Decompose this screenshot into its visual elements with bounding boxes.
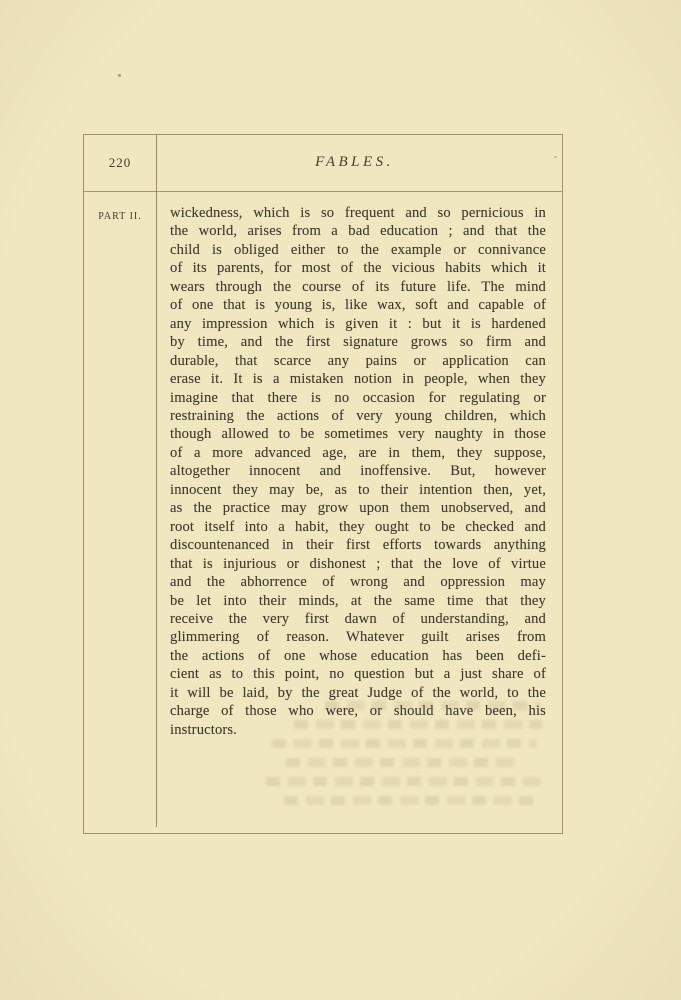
show-through-text-line bbox=[284, 796, 538, 805]
text-line: of its parents, for most of the vicious … bbox=[170, 259, 546, 277]
page-number: 220 bbox=[84, 155, 156, 171]
text-line: of a more advanced age, are in them, the… bbox=[170, 444, 546, 462]
text-line: imagine that there is no occasion for re… bbox=[170, 389, 546, 407]
running-title: FABLES. bbox=[152, 154, 557, 171]
text-line: the world, arises from a bad education ;… bbox=[170, 222, 546, 240]
text-line: child is obliged either to the example o… bbox=[170, 241, 546, 259]
book-page: 220 FABLES. PART II. wickedness, which i… bbox=[0, 0, 681, 1000]
text-line: by time, and the first signature grows s… bbox=[170, 333, 546, 351]
text-line: be let into their minds, at the same tim… bbox=[170, 592, 546, 610]
body-text: wickedness, which is so frequent and so … bbox=[170, 204, 546, 739]
text-line: erase it. It is a mistaken notion in peo… bbox=[170, 370, 546, 388]
text-line: any impression which is given it : but i… bbox=[170, 315, 546, 333]
text-line: innocent they may be, as to their intent… bbox=[170, 481, 546, 499]
text-line: and the abhorrence of wrong and oppressi… bbox=[170, 573, 546, 591]
margin-divider-rule bbox=[156, 135, 157, 827]
text-line: restraining the actions of very young ch… bbox=[170, 407, 546, 425]
show-through-text-line bbox=[286, 758, 518, 767]
text-line: as the practice may grow upon them unobs… bbox=[170, 499, 546, 517]
show-through-text-line bbox=[272, 739, 536, 748]
text-line: the actions of one whose education has b… bbox=[170, 647, 546, 665]
text-line: wears through the course of its future l… bbox=[170, 278, 546, 296]
text-line: root itself into a habit, they ought to … bbox=[170, 518, 546, 536]
text-line: discountenanced in their first efforts t… bbox=[170, 536, 546, 554]
paper-speck bbox=[118, 74, 121, 77]
text-block-frame: 220 FABLES. PART II. wickedness, which i… bbox=[83, 134, 563, 834]
text-line: altogether innocent and inoffensive. But… bbox=[170, 462, 546, 480]
text-line: glimmering of reason. Whatever guilt ari… bbox=[170, 628, 546, 646]
text-line: cient as to this point, no question but … bbox=[170, 665, 546, 683]
part-label: PART II. bbox=[84, 211, 156, 222]
text-line: it will be laid, by the great Judge of t… bbox=[170, 684, 546, 702]
text-line: receive the very first dawn of understan… bbox=[170, 610, 546, 628]
text-line: wickedness, which is so frequent and so … bbox=[170, 204, 546, 222]
text-line: that is injurious or dishonest ; that th… bbox=[170, 555, 546, 573]
show-through-text-line bbox=[266, 777, 542, 786]
text-line: though allowed to be sometimes very naug… bbox=[170, 425, 546, 443]
show-through-text-line bbox=[294, 720, 542, 729]
text-line: durable, that scarce any pains or applic… bbox=[170, 352, 546, 370]
show-through-text-line bbox=[325, 701, 540, 710]
text-line: of one that is young is, like wax, soft … bbox=[170, 296, 546, 314]
